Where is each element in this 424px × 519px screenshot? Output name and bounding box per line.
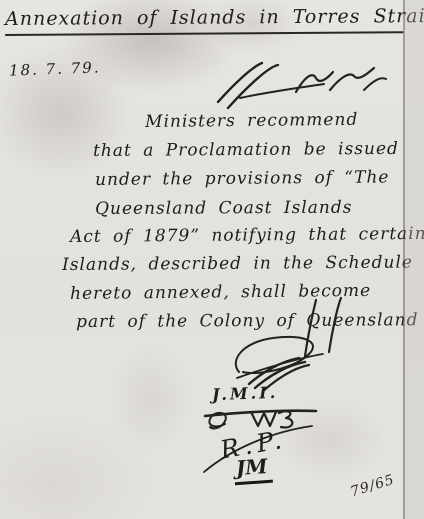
body-line: Queensland Coast Islands bbox=[95, 198, 352, 219]
body-line: that a Proclamation be issued bbox=[93, 139, 399, 161]
page-edge-line bbox=[403, 0, 405, 519]
body-line: under the provisions of “The bbox=[95, 167, 390, 190]
body-line: Ministers recommend bbox=[145, 110, 358, 132]
document-page: Annexation of Islands in Torres Straits.… bbox=[0, 0, 424, 519]
body-line: Islands, described in the Schedule bbox=[62, 253, 413, 275]
clerk-initials: JM bbox=[233, 454, 273, 486]
file-number: 79/65 bbox=[349, 472, 397, 501]
top-right-signature-scrawl bbox=[212, 58, 392, 113]
page-edge-strip bbox=[405, 0, 424, 519]
main-signature-scrawl bbox=[225, 298, 350, 398]
approval-initials: J.M.I. bbox=[212, 383, 279, 404]
document-title: Annexation of Islands in Torres Straits. bbox=[5, 5, 403, 36]
body-line: Act of 1879” notifying that certain bbox=[70, 224, 424, 247]
document-date: 18. 7. 79. bbox=[9, 58, 101, 79]
